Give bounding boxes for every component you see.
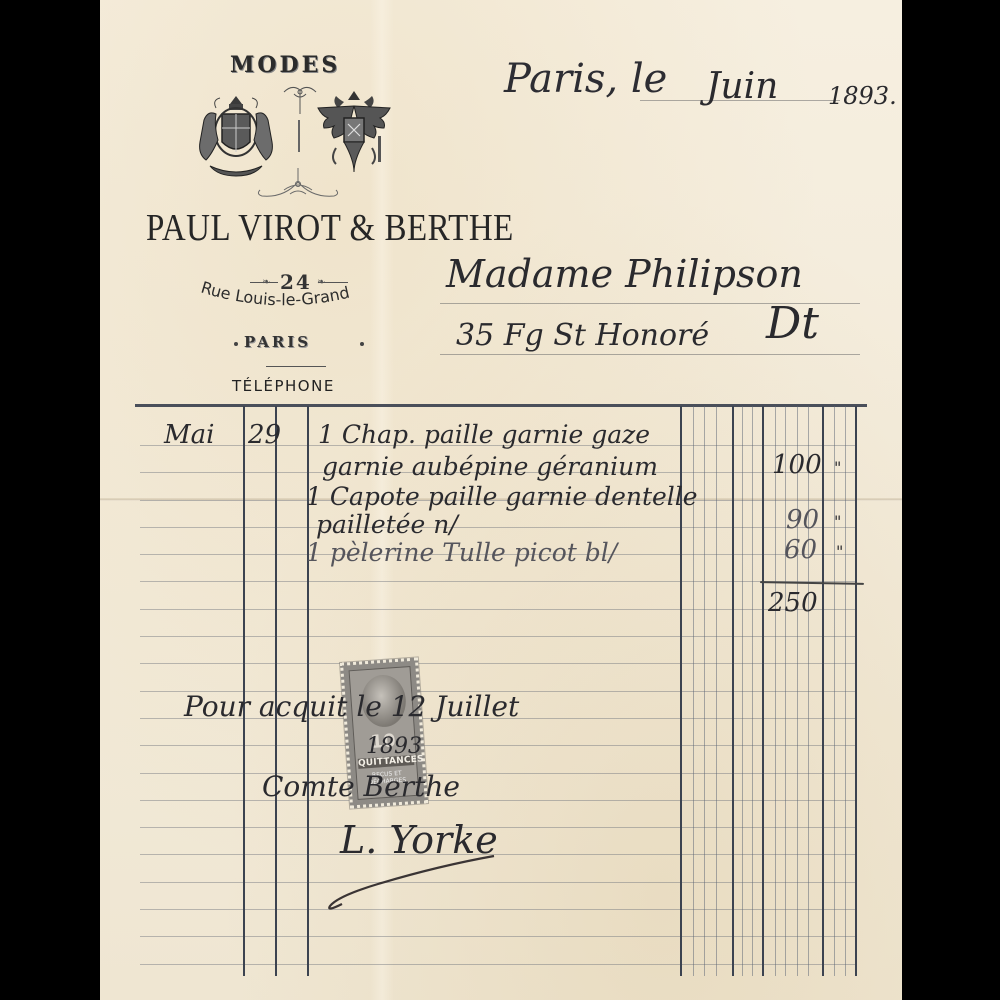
ruled-line [140,773,855,774]
ruled-line [140,936,855,937]
bullet-dot [234,342,238,346]
column-line-2 [732,406,734,976]
receipt-name: Comte Berthe [262,770,460,803]
bullet-dot [360,342,364,346]
line-amount: 60 [784,535,817,565]
line-item-text: 1 Capote paille garnie dentelle [306,482,698,511]
subcolumn-line [845,406,846,976]
line-item-text: garnie aubépine géranium [322,452,658,481]
recipient-name: Madame Philipson [446,252,803,296]
line-item-text: pailletée n/ [316,510,458,539]
column-line-cents [822,406,824,976]
ruled-line [140,609,855,610]
ruled-line [140,800,855,801]
subcolumn-line [785,406,786,976]
ruled-line [140,964,855,965]
subcolumn-line [752,406,753,976]
telephone-label: TÉLÉPHONE [232,377,335,395]
table-header-rule [135,404,867,407]
ruled-line [140,663,855,664]
line-cents: " [834,512,841,531]
dateline-year: 1893. [828,82,897,110]
russian-imperial-eagle-icon [314,88,394,178]
ruled-line [140,581,855,582]
subcolumn-line [808,406,809,976]
recipient-rule-2 [440,354,860,355]
subcolumn-line [775,406,776,976]
subcolumn-line [834,406,835,976]
signature-flourish-icon [318,850,508,910]
ruled-line [140,745,855,746]
divider-rule [266,366,326,367]
city-name: PARIS [244,333,311,351]
company-name: PAUL VIROT & BERTHE [146,208,514,251]
ruled-line [140,527,855,528]
receipt-year: 1893 [366,734,422,759]
ruled-line [140,636,855,637]
line-amount: 90 [786,505,819,535]
subcolumn-line [742,406,743,976]
entry-month: Mai [164,420,214,450]
column-line-end [855,406,857,976]
line-cents: " [834,458,841,477]
line-amount: 100 [772,450,822,480]
svg-text:Rue Louis-le-Grand: Rue Louis-le-Grand [199,278,351,309]
receipt-acquit-line: Pour acquit le 12 Juillet [184,690,519,723]
line-item-text: 1 pèlerine Tulle picot bl/ [306,538,617,567]
recipient-address: 35 Fg St Honoré [456,318,709,353]
line-item-text: 1 Chap. paille garnie gaze [318,420,650,449]
column-line-francs [762,406,764,976]
letterhead-category: MODES [230,52,340,78]
entry-day: 29 [248,420,281,450]
subcolumn-line [716,406,717,976]
ornament-stem [298,120,300,152]
dateline-place: Paris, le [504,56,667,102]
ornament-top-icon [282,84,318,114]
debit-mark: Dt [766,298,819,349]
line-cents: " [836,542,843,561]
invoice-total: 250 [768,588,818,618]
subcolumn-line [704,406,705,976]
british-royal-arms-icon [196,90,276,180]
dateline-month: Juin [706,66,778,107]
subcolumn-line [797,406,798,976]
